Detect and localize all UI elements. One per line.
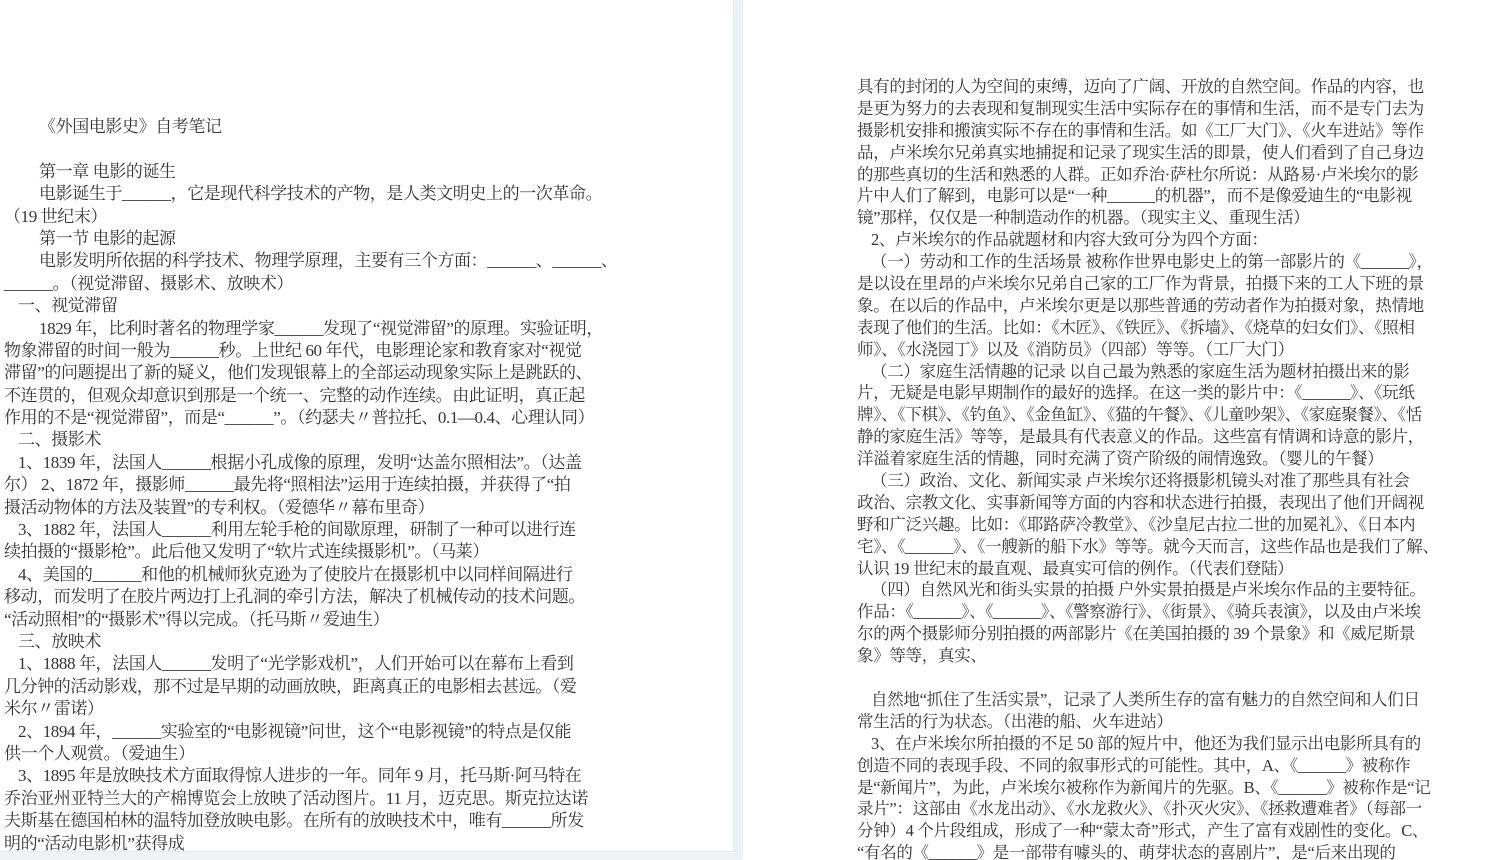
text-line: 1、1888 年，法国人______发明了“光学影戏机”，人们开始可以在幕布上看… — [4, 653, 726, 675]
text-line: 象》等等，真实、 — [857, 645, 1505, 667]
text-line: 二、摄影术 — [4, 429, 726, 451]
text-line: 象。在以后的作品中，卢米埃尔更是以那些普通的劳动者作为拍摄对象，热情地 — [857, 295, 1505, 317]
document-viewer: 《外国电影史》自考笔记 第一章 电影的诞生电影诞生于______，它是现代科学技… — [0, 0, 1510, 860]
text-line: 物象滞留的时间一般为______秒。上世纪 60 年代，电影理论家和教育家对“视… — [4, 340, 726, 362]
text-line: 乔治亚州亚特兰大的产棉博览会上放映了活动图片。11 月，迈克思。斯克拉达诺 — [4, 788, 726, 810]
text-line: 镜”那样，仅仅是一种制造动作的机器。（现实主义、重现生活） — [857, 207, 1505, 229]
text-line: 3、1882 年，法国人______利用左轮手枪的间歇原理，研制了一种可以进行连 — [4, 519, 726, 541]
text-line: 续拍摄的“摄影枪”。此后他又发明了“软片式连续摄影机”。（马莱） — [4, 541, 726, 563]
text-line: 自然地“抓住了生活实景”，记录了人类所生存的富有魅力的自然空间和人们日 — [857, 689, 1505, 711]
text-line: 2、卢米埃尔的作品就题材和内容大致可分为四个方面： — [857, 229, 1505, 251]
text-line: 摄活动物体的方法及装置”的专利权。（爱德华〃幕布里奇） — [4, 497, 726, 519]
text-line: （三）政治、文化、新闻实录 卢米埃尔还将摄影机镜头对准了那些具有社会 — [857, 470, 1505, 492]
text-line: （二）家庭生活情趣的记录 以自己最为熟悉的家庭生活为题材拍摄出来的影 — [857, 361, 1505, 383]
text-line: 尔的两个摄影师分别拍摄的两部影片《在美国拍摄的 39 个景象》和《威尼斯景 — [857, 623, 1505, 645]
page-1: 《外国电影史》自考笔记 第一章 电影的诞生电影诞生于______，它是现代科学技… — [0, 0, 733, 851]
text-line: 第一节 电影的起源 — [4, 228, 726, 250]
text-line: 宅》、《______》、《一艘新的船下水》等等。就今天而言，这些作品也是我们了解… — [857, 536, 1505, 558]
text-line: 摄影机安排和搬演实际不存在的事情和生活。如《工厂大门》、《火车进站》等作 — [857, 120, 1505, 142]
text-line: ______。（视觉滞留、摄影术、放映术） — [4, 273, 726, 295]
text-line: 分钟）4 个片段组成，形成了一种“蒙太奇”形式，产生了富有戏剧性的变化。C、 — [857, 820, 1505, 842]
text-line: “活动照相”的“摄影术”得以完成。（托马斯〃爱迪生） — [4, 609, 726, 631]
text-line: 表现了他们的生活。比如：《木匠》、《铁匠》、《拆墙》、《烧草的妇女们》、《照相 — [857, 317, 1505, 339]
page-gutter-divider — [733, 0, 743, 860]
text-line: 具有的封闭的人为空间的束缚，迈向了广阔、开放的自然空间。作品的内容，也 — [857, 76, 1505, 98]
text-line: 电影发明所依据的科学技术、物理学原理，主要有三个方面：______、______… — [4, 250, 726, 272]
text-line: 1、1839 年，法国人______根据小孔成像的原理，发明“达盖尔照相法”。（… — [4, 452, 726, 474]
text-line: 三、放映术 — [4, 631, 726, 653]
page-bottom-edge — [0, 851, 743, 860]
page-2: 具有的封闭的人为空间的束缚，迈向了广阔、开放的自然空间。作品的内容，也是更为努力… — [743, 0, 1510, 860]
text-line: （一）劳动和工作的生活场景 被称作世界电影史上的第一部影片的《______》， — [857, 251, 1505, 273]
text-line: 片中人们了解到，电影可以是“一种______的机器”，而不是像爱迪生的“电影视 — [857, 185, 1505, 207]
text-line: （19 世纪末） — [4, 206, 726, 228]
text-line: 师》、《水浇园丁》以及《消防员》（四部）等等。（工厂大门） — [857, 339, 1505, 361]
text-line: 是“新闻片”，为此，卢米埃尔被称作为新闻片的先驱。B、《______》被称作是“… — [857, 777, 1505, 799]
text-line: 认识 19 世纪末的最直观、最真实可信的例作。（代表们登陆） — [857, 558, 1505, 580]
text-line: 1829 年，比利时著名的物理学家______发现了“视觉滞留”的原理。实验证明… — [4, 318, 726, 340]
text-line: 一、视觉滞留 — [4, 295, 726, 317]
text-line: 片，无疑是电影早期制作的最好的选择。在这一类的影片中：《______》、《玩纸 — [857, 382, 1505, 404]
text-line: 供一个人观赏。（爱迪生） — [4, 743, 726, 765]
text-line: 米尔〃雷诺） — [4, 698, 726, 720]
text-line — [857, 667, 1505, 689]
text-line: 第一章 电影的诞生 — [4, 161, 726, 183]
text-line: 3、1895 年是放映技术方面取得惊人进步的一年。同年 9 月，托马斯·阿马特在 — [4, 765, 726, 787]
text-line: 创造不同的表现手段、不同的叙事形式的可能性。其中，A、《______》被称作 — [857, 755, 1505, 777]
text-line: 夫斯基在德国柏林的温特加登放映电影。在所有的放映技术中，唯有______所发 — [4, 810, 726, 832]
page-2-text: 具有的封闭的人为空间的束缚，迈向了广阔、开放的自然空间。作品的内容，也是更为努力… — [857, 76, 1505, 860]
text-line: 4、美国的______和他的机械师狄克逊为了使胶片在摄影机中以同样间隔进行 — [4, 564, 726, 586]
text-line: 牌》、《下棋》、《钓鱼》、《金鱼缸》、《猫的午餐》、《儿童吵架》、《家庭聚餐》、… — [857, 404, 1505, 426]
text-line: 常生活的行为状态。（出港的船、火车进站） — [857, 711, 1505, 733]
text-line: 是以设在里昂的卢米埃尔兄弟自己家的工厂作为背景，拍摄下来的工人下班的景 — [857, 273, 1505, 295]
text-line: 的那些真切的生活和熟悉的人群。正如乔治·萨杜尔所说：从路易·卢米埃尔的影 — [857, 164, 1505, 186]
text-line: 野和广泛兴趣。比如：《耶路萨冷教堂》、《沙皇尼古拉二世的加冕礼》、《日本内 — [857, 514, 1505, 536]
text-line: 滞留”的问题提出了新的疑义，他们发现银幕上的全部运动现象实际上是跳跃的、 — [4, 362, 726, 384]
text-line: 作用的不是“视觉滞留”，而是“______”。（约瑟夫〃普拉托、0.1—0.4、… — [4, 407, 726, 429]
text-line: 是更为努力的去表现和复制现实生活中实际存在的事情和生活，而不是专门去为 — [857, 98, 1505, 120]
text-line: 移动，而发明了在胶片两边打上孔洞的牵引方法，解决了机械传动的技术问题。 — [4, 586, 726, 608]
text-line: 《外国电影史》自考笔记 — [4, 116, 726, 138]
text-line: 尔） 2、1872 年，摄影师______最先将“照相法”运用于连续拍摄，并获得… — [4, 474, 726, 496]
text-line — [4, 138, 726, 160]
text-line: 作品：《______》、《______》、《警察游行》、《街景》、《骑兵表演》，… — [857, 601, 1505, 623]
text-line: 电影诞生于______，它是现代科学技术的产物，是人类文明史上的一次革命。 — [4, 183, 726, 205]
text-line: “有名的《______》是一部带有噱头的、萌芽状态的喜剧片”，是“后来出现的 — [857, 842, 1505, 860]
text-line: 静的家庭生活》等等，是最具有代表意义的作品。这些富有情调和诗意的影片， — [857, 426, 1505, 448]
text-line: 几分钟的活动影戏，那不过是早期的动画放映，距离真正的电影相去甚远。（爱 — [4, 676, 726, 698]
text-line: 政治、宗教文化、实事新闻等方面的内容和状态进行拍摄，表现出了他们开阔视 — [857, 492, 1505, 514]
text-line: 录片”：这部由《水龙出动》、《水龙救火》、《扑灭火灾》、《拯救遭难者》（每部一 — [857, 798, 1505, 820]
text-line: （四）自然风光和街头实景的拍摄 户外实景拍摄是卢米埃尔作品的主要特征。 — [857, 579, 1505, 601]
text-line: 不连贯的，但观众却意识到那是一个统一、完整的动作连续。由此证明，真正起 — [4, 385, 726, 407]
page-1-text: 《外国电影史》自考笔记 第一章 电影的诞生电影诞生于______，它是现代科学技… — [4, 116, 726, 855]
text-line: 2、1894 年，______实验室的“电影视镜”问世，这个“电影视镜”的特点是… — [4, 721, 726, 743]
text-line: 品，卢米埃尔兄弟真实地捕捉和记录了现实生活的即景，使人们看到了自己身边 — [857, 142, 1505, 164]
text-line: 3、在卢米埃尔所拍摄的不足 50 部的短片中，他还为我们显示出电影所具有的 — [857, 733, 1505, 755]
text-line: 洋溢着家庭生活的情趣，同时充满了资产阶级的闹情逸致。（婴儿的午餐） — [857, 448, 1505, 470]
